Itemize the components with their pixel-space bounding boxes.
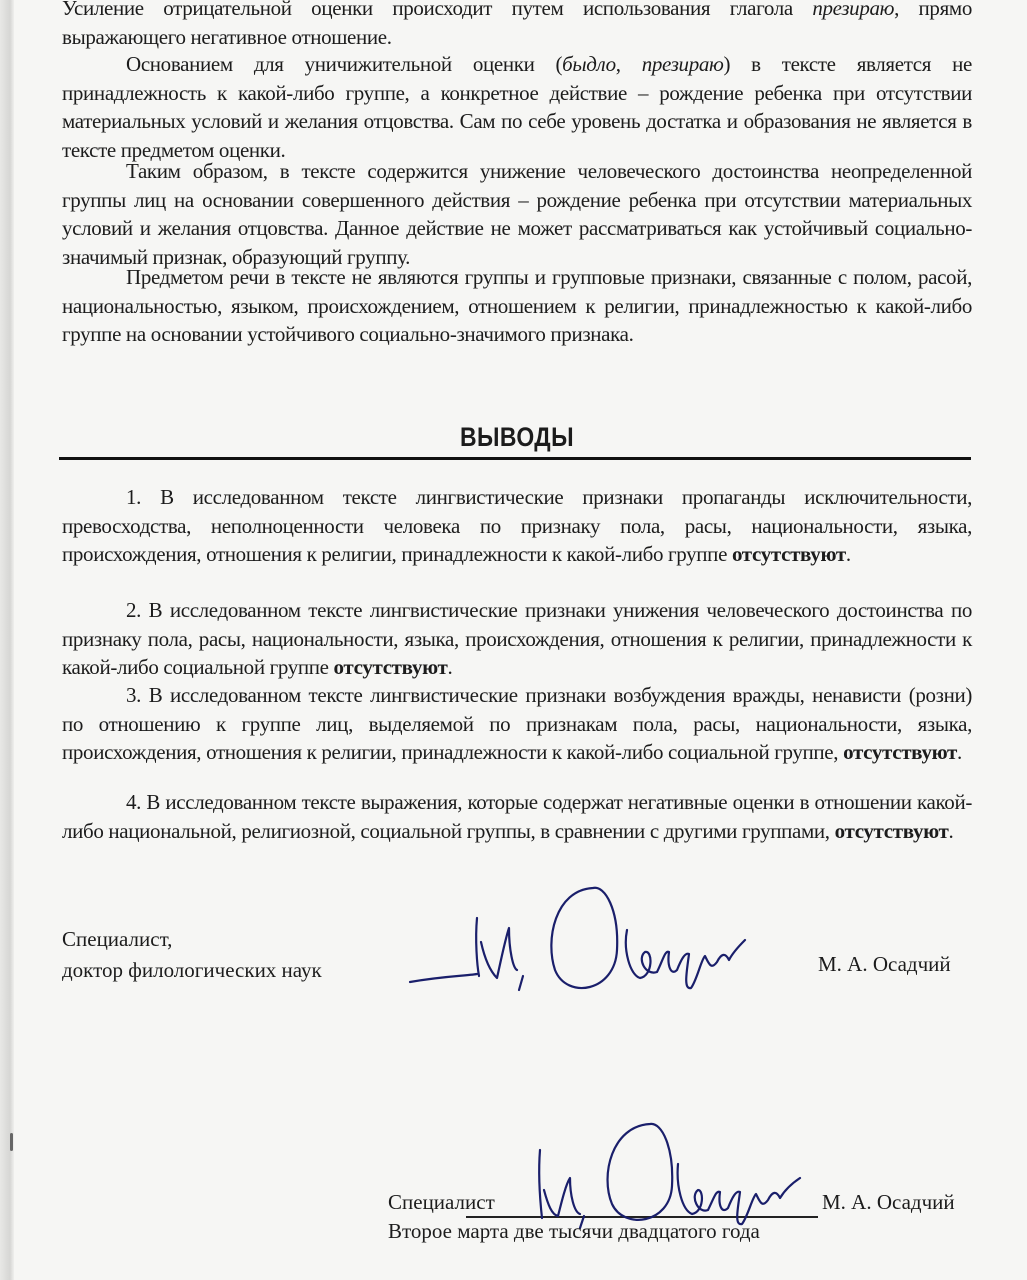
binding-mark (10, 1133, 13, 1151)
text-run: Предметом речи в тексте не являются груп… (62, 265, 972, 346)
conclusion-item: 3. В исследованном тексте лингвистически… (62, 681, 972, 767)
text-run: 3. В исследованном тексте лингвистически… (62, 683, 972, 764)
text-run: 2. В исследованном тексте лингвистически… (62, 598, 972, 679)
text-run: . (949, 819, 954, 843)
handwritten-signature-2 (500, 1120, 840, 1230)
bold-text: отсутствуют (334, 655, 448, 679)
conclusion-item: 2. В исследованном тексте лингвистически… (62, 596, 972, 682)
signing-date: Второе марта две тысячи двадцатого года (388, 1219, 760, 1244)
text-run: Таким образом, в тексте содержится униже… (62, 159, 972, 269)
heading-rule (59, 457, 971, 460)
conclusions-heading: ВЫВОДЫ (130, 422, 904, 453)
signer-role-2: Специалист (388, 1190, 495, 1215)
signer-name-1: М. А. Осадчий (818, 952, 951, 977)
body-paragraph: Таким образом, в тексте содержится униже… (62, 157, 972, 271)
signer-degree: доктор филологических наук (62, 955, 322, 986)
conclusion-item: 4. В исследованном тексте выражения, кот… (62, 788, 972, 845)
body-paragraph: Предметом речи в тексте не являются груп… (62, 263, 972, 349)
page-binding-edge (0, 0, 14, 1280)
signer-name-2: М. А. Осадчий (822, 1190, 955, 1215)
body-paragraph: Усиление отрицательной оценки происходит… (62, 0, 972, 51)
signer-role: Специалист, (62, 924, 322, 955)
body-paragraph: Основанием для уничижительной оценки (бы… (62, 50, 972, 164)
signature-block-1: Специалист, доктор филологических наук (62, 924, 322, 986)
bold-text: отсутствуют (843, 740, 957, 764)
bold-text: отсутствуют (732, 542, 846, 566)
text-run: . (447, 655, 452, 679)
bold-text: отсутствуют (835, 819, 949, 843)
conclusion-item: 1. В исследованном тексте лингвистически… (62, 483, 972, 569)
text-run: . (957, 740, 962, 764)
italic-text: быдло (562, 52, 616, 76)
italic-text: презираю (642, 52, 724, 76)
handwritten-signature-1 (405, 880, 815, 1000)
italic-text: презираю (812, 0, 894, 20)
text-run: , (616, 52, 642, 76)
text-run: Основанием для уничижительной оценки ( (126, 52, 562, 76)
text-run: Усиление отрицательной оценки происходит… (62, 0, 812, 20)
text-run: . (846, 542, 851, 566)
